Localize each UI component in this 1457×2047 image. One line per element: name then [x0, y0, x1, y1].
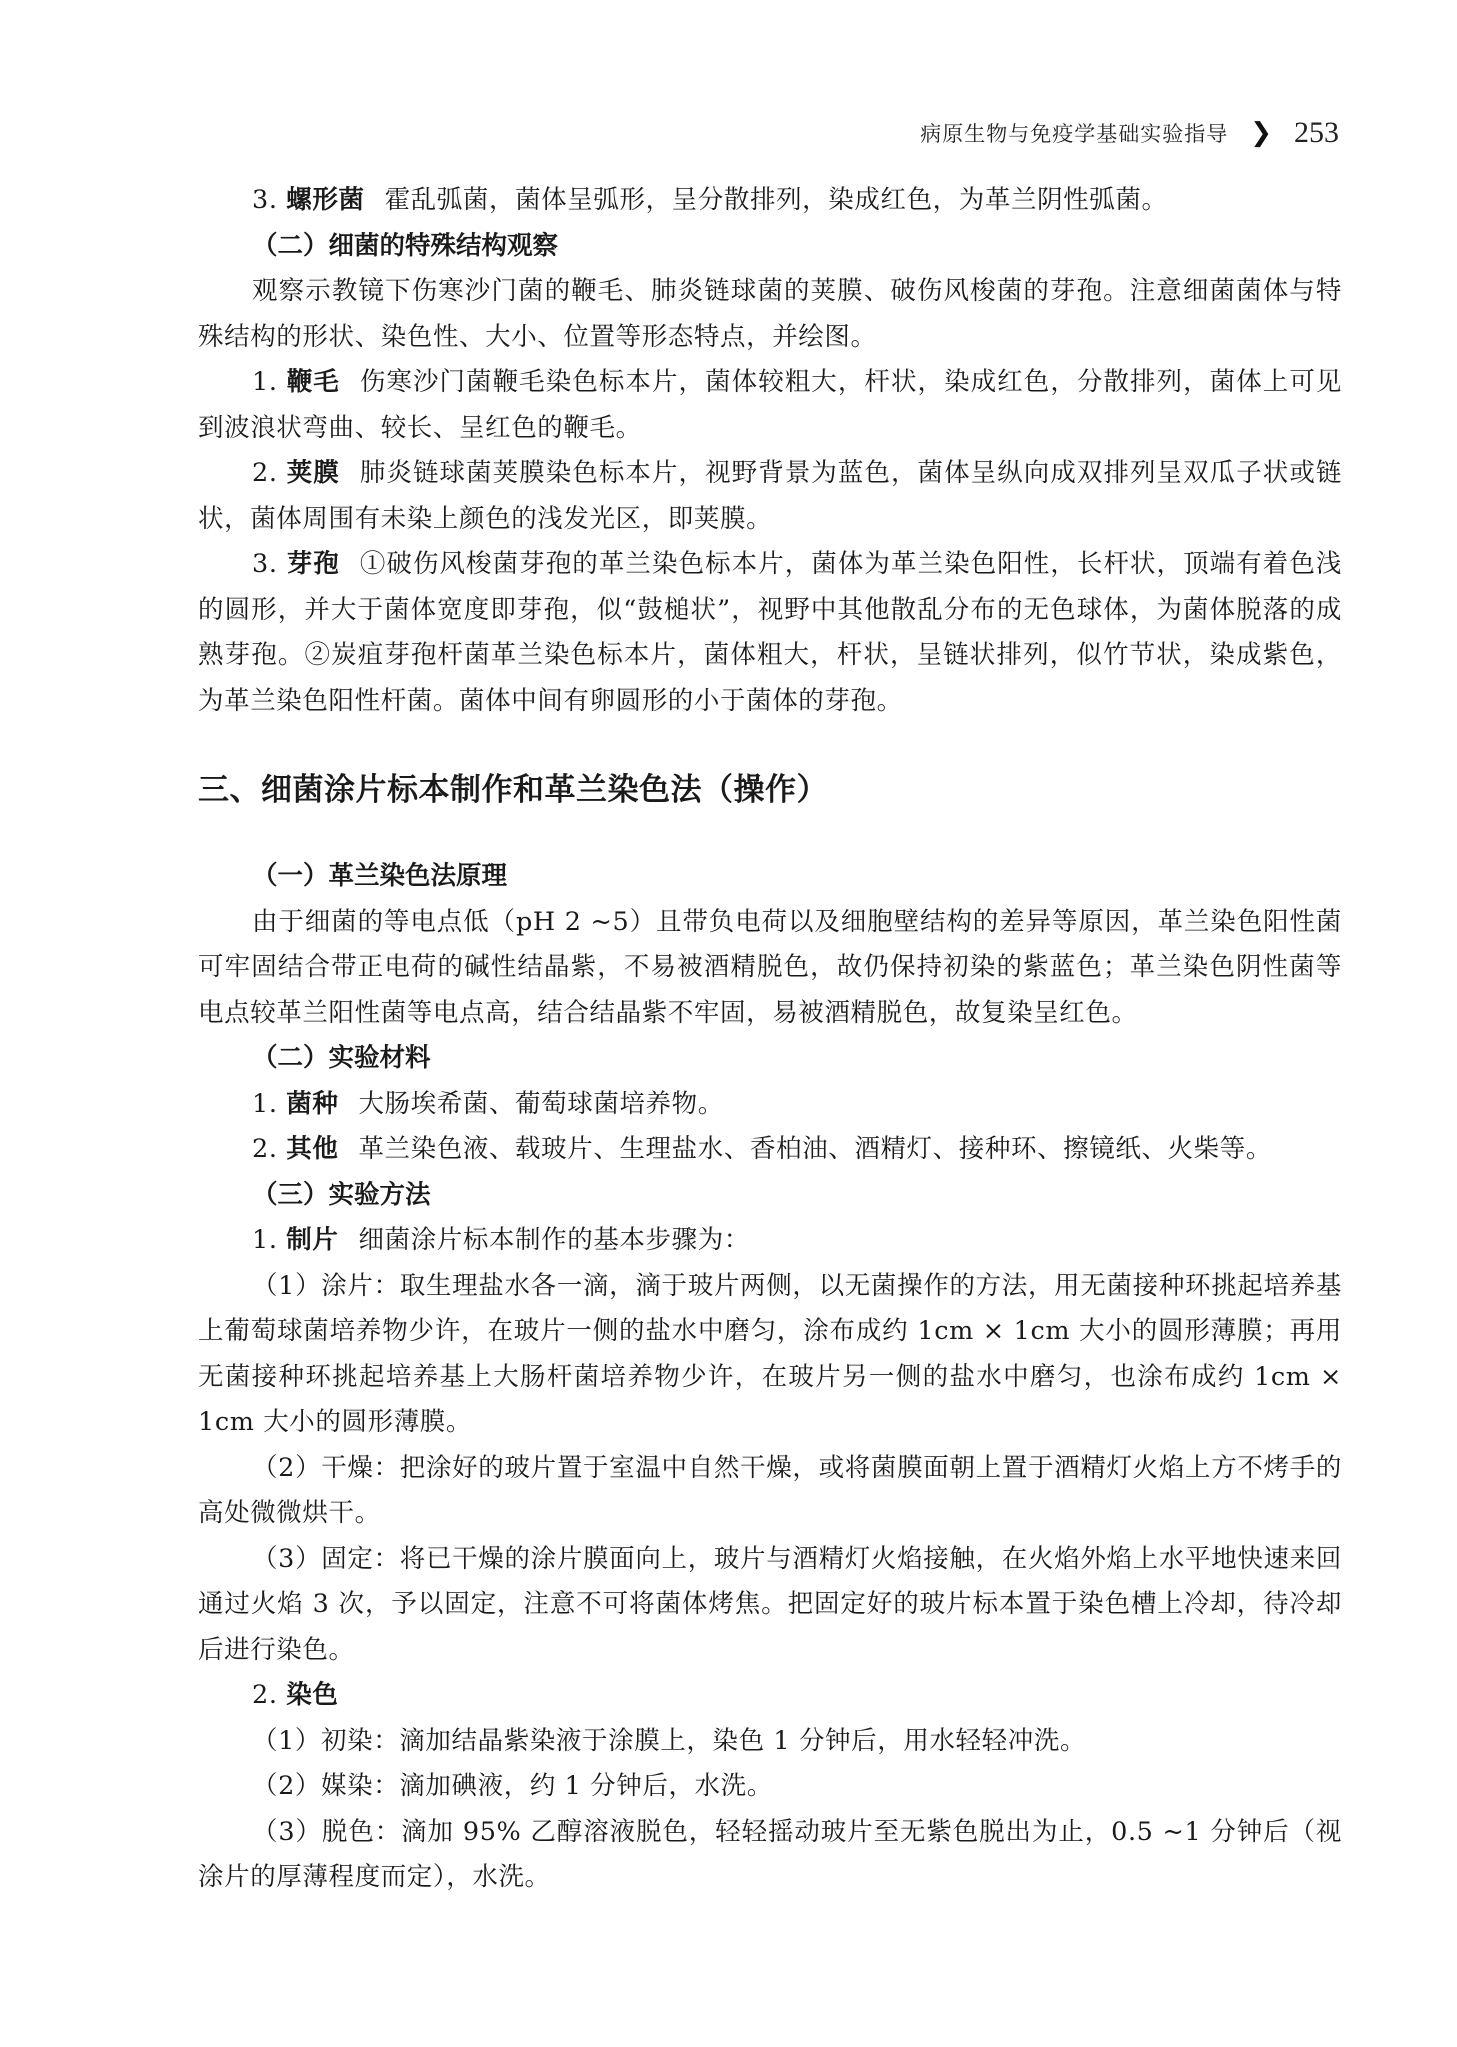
- subsection-heading-methods: （三）实验方法: [198, 1173, 1342, 1219]
- term-capsule: 荚膜: [287, 458, 340, 488]
- item-number: 1.: [252, 1089, 278, 1119]
- paragraph-staining: 2. 染色: [198, 1673, 1342, 1719]
- paragraph-text: 霍乱弧菌，菌体呈弧形，呈分散排列，染成红色，为革兰阴性弧菌。: [385, 185, 1168, 215]
- paragraph-principle: 由于细菌的等电点低（pH 2 ~5）且带负电荷以及细胞壁结构的差异等原因，革兰染…: [198, 900, 1342, 1037]
- item-number: 2.: [252, 1680, 278, 1710]
- paragraph-smear: （1）涂片：取生理盐水各一滴，滴于玻片两侧，以无菌操作的方法，用无菌接种环挑起培…: [198, 1264, 1342, 1446]
- term-spirillum: 螺形菌: [286, 185, 364, 215]
- term-strains: 菌种: [286, 1089, 338, 1119]
- paragraph-other-materials: 2. 其他革兰染色液、载玻片、生理盐水、香柏油、酒精灯、接种环、擦镜纸、火柴等。: [198, 1127, 1342, 1173]
- paragraph-slide-prep: 1. 制片细菌涂片标本制作的基本步骤为：: [198, 1218, 1342, 1264]
- item-number: 1.: [252, 367, 278, 397]
- paragraph-fix: （3）固定：将已干燥的涂片膜面向上，玻片与酒精灯火焰接触，在火焰外焰上水平地快速…: [198, 1537, 1342, 1674]
- term-other: 其他: [286, 1134, 338, 1164]
- paragraph-dry: （2）干燥：把涂好的玻片置于室温中自然干燥，或将菌膜面朝上置于酒精灯火焰上方不烤…: [198, 1446, 1342, 1537]
- item-number: 3.: [252, 549, 278, 579]
- paragraph-observation-intro: 观察示教镜下伤寒沙门菌的鞭毛、肺炎链球菌的荚膜、破伤风梭菌的芽孢。注意细菌菌体与…: [198, 269, 1342, 360]
- subsection-heading-principle: （一）革兰染色法原理: [198, 854, 1342, 900]
- paragraph-text: 革兰染色液、载玻片、生理盐水、香柏油、酒精灯、接种环、擦镜纸、火柴等。: [358, 1134, 1272, 1164]
- item-number: 1.: [252, 1225, 278, 1255]
- paragraph-text: 肺炎链球菌荚膜染色标本片，视野背景为蓝色，菌体呈纵向成双排列呈双瓜子状或链状，菌…: [198, 458, 1342, 534]
- subsection-heading-materials: （二）实验材料: [198, 1036, 1342, 1082]
- paragraph-text: ①破伤风梭菌芽孢的革兰染色标本片，菌体为革兰染色阳性，长杆状，顶端有着色浅的圆形…: [198, 549, 1342, 716]
- book-title: 病原生物与免疫学基础实验指导: [920, 118, 1228, 148]
- section-heading-gram-stain: 三、细菌涂片标本制作和革兰染色法（操作）: [198, 770, 1342, 810]
- page-body: 3. 螺形菌霍乱弧菌，菌体呈弧形，呈分散排列，染成红色，为革兰阴性弧菌。 （二）…: [198, 178, 1342, 1901]
- paragraph-spirillum: 3. 螺形菌霍乱弧菌，菌体呈弧形，呈分散排列，染成红色，为革兰阴性弧菌。: [198, 178, 1342, 224]
- paragraph-decolorize: （3）脱色：滴加 95% 乙醇溶液脱色，轻轻摇动玻片至无紫色脱出为止，0.5 ~…: [198, 1810, 1342, 1901]
- paragraph-text: 伤寒沙门菌鞭毛染色标本片，菌体较粗大，杆状，染成红色，分散排列，菌体上可见到波浪…: [198, 367, 1342, 443]
- paragraph-mordant: （2）媒染：滴加碘液，约 1 分钟后，水洗。: [198, 1764, 1342, 1810]
- item-number: 2.: [252, 1134, 278, 1164]
- term-spore: 芽孢: [287, 549, 340, 579]
- paragraph-capsule: 2. 荚膜肺炎链球菌荚膜染色标本片，视野背景为蓝色，菌体呈纵向成双排列呈双瓜子状…: [198, 451, 1342, 542]
- paragraph-flagella: 1. 鞭毛伤寒沙门菌鞭毛染色标本片，菌体较粗大，杆状，染成红色，分散排列，菌体上…: [198, 360, 1342, 451]
- term-flagella: 鞭毛: [287, 367, 340, 397]
- chevron-right-icon: ❯: [1250, 120, 1272, 146]
- paragraph-text: 大肠埃希菌、葡萄球菌培养物。: [358, 1089, 723, 1119]
- item-number: 2.: [252, 458, 278, 488]
- item-number: 3.: [252, 185, 278, 215]
- term-slide-prep: 制片: [286, 1225, 338, 1255]
- paragraph-text: 细菌涂片标本制作的基本步骤为：: [358, 1225, 750, 1255]
- page-number: 253: [1294, 116, 1339, 150]
- term-staining: 染色: [286, 1680, 338, 1710]
- paragraph-strains: 1. 菌种大肠埃希菌、葡萄球菌培养物。: [198, 1082, 1342, 1128]
- running-header: 病原生物与免疫学基础实验指导 ❯ 253: [920, 116, 1339, 150]
- subsection-heading-special-structures: （二）细菌的特殊结构观察: [198, 224, 1342, 270]
- paragraph-spore: 3. 芽孢①破伤风梭菌芽孢的革兰染色标本片，菌体为革兰染色阳性，长杆状，顶端有着…: [198, 542, 1342, 724]
- paragraph-primary-stain: （1）初染：滴加结晶紫染液于涂膜上，染色 1 分钟后，用水轻轻冲洗。: [198, 1719, 1342, 1765]
